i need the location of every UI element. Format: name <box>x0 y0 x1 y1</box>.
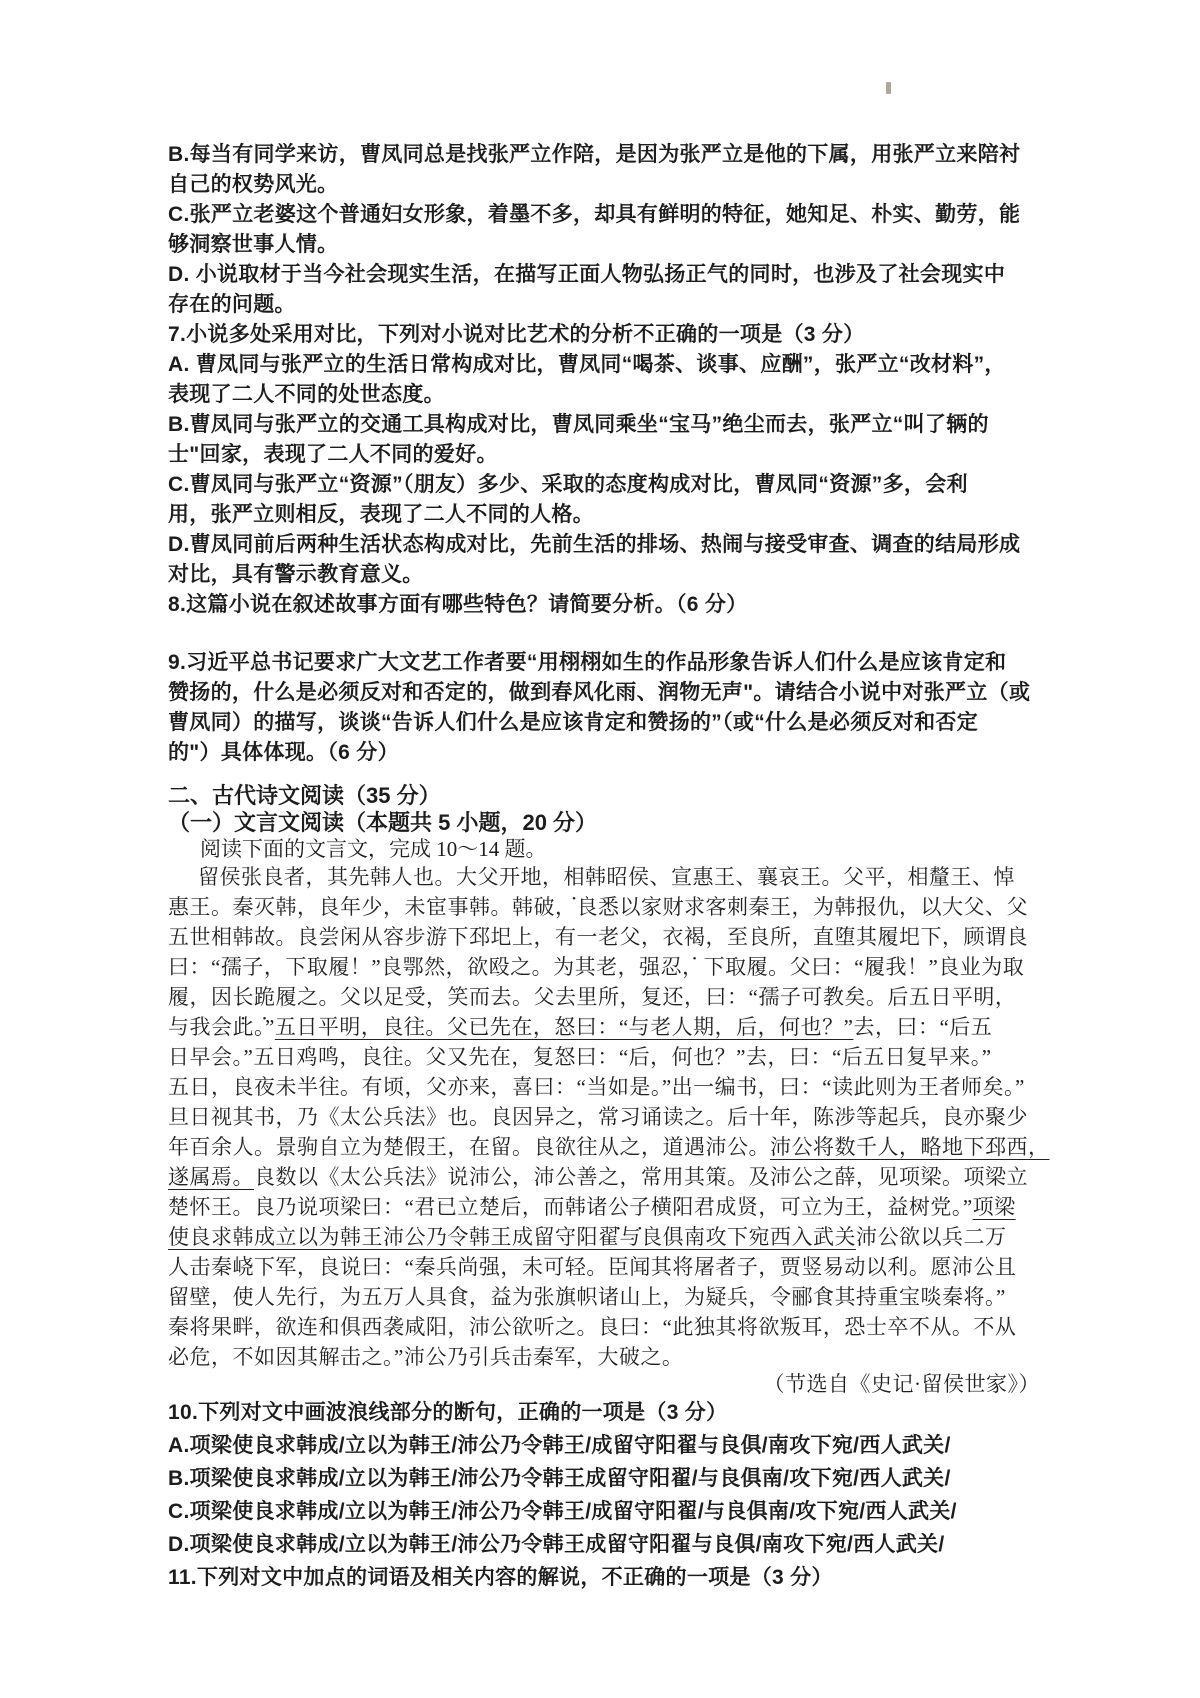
modern-questions-block: B.每当有同学来访，曹凤同总是找张严立作陪，是因为张严立是他的下属，用张严立来陪… <box>168 140 1040 768</box>
option-line: B.曹凤同与张严立的交通工具构成对比，曹凤同乘坐“宝马”绝尘而去，张严立“叫了辆… <box>168 410 1040 440</box>
option-line: 用，张严立则相反，表现了二人不同的人格。 <box>168 500 1040 530</box>
question-10-line: 10.下列对文中画波浪线部分的断句，正确的一项是（3 分） <box>168 1396 1040 1429</box>
section-heading: 二、古代诗文阅读（35 分） <box>168 782 1040 809</box>
scan-smudge-artifact <box>886 82 891 94</box>
passage-line: 与我会此。”五日平明，良往。父已先在，怒曰：“与老人期，后，何也？”去，曰：“后… <box>168 1012 1040 1042</box>
question-11-line: 11.下列对文中加点的词语及相关内容的解说，不正确的一项是（3 分） <box>168 1561 1040 1594</box>
option-b-line: B.项梁使良求韩成/立以为韩王/沛公乃令韩王成留守阳翟/与良俱南/攻下宛/西人武… <box>168 1462 1040 1495</box>
option-line: C.曹凤同与张严立“资源”（朋友）多少、采取的态度构成对比，曹凤同“资源”多，会… <box>168 470 1040 500</box>
option-d-line: D.项梁使良求韩成/立以为韩王/沛公乃令韩王成留守阳翟与良俱/南攻下宛/西人武关… <box>168 1528 1040 1561</box>
question-9-line: 曹凤同）的描写，谈谈“告诉人们什么是应该肯定和赞扬的”（或“什么是必须反对和否定 <box>168 708 1040 738</box>
option-line: 自己的权势风光。 <box>168 170 1040 200</box>
passage: 留侯张良者，其先韩人也。大父开地，相韩昭侯、宣惠王、襄哀王。父平，相釐王、悼惠王… <box>168 862 1040 1372</box>
option-a-line: A.项梁使良求韩成/立以为韩王/沛公乃令韩王/成留守阳翟与良俱/南攻下宛/西人武… <box>168 1429 1040 1462</box>
question-9-line: 9.习近平总书记要求广大文艺工作者要“用栩栩如生的作品形象告诉人们什么是应该肯定… <box>168 648 1040 678</box>
passage-line: 人击秦峣下军，良说曰：“秦兵尚强，未可轻。臣闻其将屠者子，贾竖易动以利。愿沛公且 <box>168 1252 1040 1282</box>
section-gap <box>168 768 1040 782</box>
passage-line: 留侯张良者，其先韩人也。大父开地，相韩昭侯、宣惠王、襄哀王。父平，相釐王、悼 <box>168 862 1040 892</box>
passage-line: 使良求韩成立以为韩王沛公乃令韩王成留守阳翟与良俱南攻下宛西入武关沛公欲以兵二万 <box>168 1222 1040 1252</box>
passage-line: 五日，良夜未半往。有顷，父亦来，喜曰：“当如是。”出一编书，曰：“读此则为王者师… <box>168 1072 1040 1102</box>
passage-line: 惠王。秦灭韩，良年少，未宦事韩。韩破，良悉以家财求客刺秦王，为韩报仇，以大父、父 <box>168 892 1040 922</box>
option-line: B.每当有同学来访，曹凤同总是找张严立作陪，是因为张严立是他的下属，用张严立来陪… <box>168 140 1040 170</box>
passage-line: 年百余人。景驹自立为楚假王，在留。良欲往从之，道遇沛公。沛公将数千人，略地下邳西… <box>168 1132 1040 1162</box>
passage-source: （节选自《史记·留侯世家》） <box>168 1372 1040 1396</box>
question-9-line: 赞扬的，什么是必须反对和否定的，做到春风化雨、润物无声"。请结合小说中对张严立（… <box>168 678 1040 708</box>
option-line: D. 小说取材于当今社会现实生活，在描写正面人物弘扬正气的同时，也涉及了社会现实… <box>168 260 1040 290</box>
exam-content: B.每当有同学来访，曹凤同总是找张严立作陪，是因为张严立是他的下属，用张严立来陪… <box>168 140 1040 1594</box>
blank-line <box>168 620 1040 648</box>
passage-line: 旦日视其书，乃《太公兵法》也。良因异之，常习诵读之。后十年，陈涉等起兵，良亦聚少 <box>168 1102 1040 1132</box>
option-line: D.曹凤同前后两种生活状态构成对比，先前生活的排场、热闹与接受审查、调查的结局形… <box>168 530 1040 560</box>
option-line: 士"回家，表现了二人不同的爱好。 <box>168 440 1040 470</box>
passage-line: 遂属焉。良数以《太公兵法》说沛公，沛公善之，常用其策。及沛公之薛，见项梁。项梁立 <box>168 1162 1040 1192</box>
passage-line: 必危，不如因其解击之。”沛公乃引兵击秦军，大破之。 <box>168 1342 1040 1372</box>
passage-line: 曰：“孺子，下取履！”良鄂然，欲殴之。为其老，强忍，下取履。父曰：“履我！”良业… <box>168 952 1040 982</box>
option-line: 对比，具有警示教育意义。 <box>168 560 1040 590</box>
passage-line: 五世相韩故。良尝闲从容步游下邳圯上，有一老父，衣褐，至良所，直堕其履圯下，顾谓良 <box>168 922 1040 952</box>
question-8-line: 8.这篇小说在叙述故事方面有哪些特色？请简要分析。（6 分） <box>168 590 1040 620</box>
passage-line: 留壁，使人先行，为五万人具食，益为张旗帜诸山上，为疑兵，令郦食其持重宝啖秦将。” <box>168 1282 1040 1312</box>
section-subheading: （一）文言文阅读（本题共 5 小题，20 分） <box>168 809 1040 836</box>
option-line: 表现了二人不同的处世态度。 <box>168 380 1040 410</box>
exam-page: B.每当有同学来访，曹凤同总是找张严立作陪，是因为张严立是他的下属，用张严立来陪… <box>0 0 1200 1698</box>
passage-line: 日早会。”五日鸡鸣，良往。父又先在，复怒曰：“后，何也？”去，曰：“后五日复早来… <box>168 1042 1040 1072</box>
passage-instruction: 阅读下面的文言文，完成 10～14 题。 <box>168 836 1040 862</box>
option-line: 够洞察世事人情。 <box>168 230 1040 260</box>
question-9-line: 的"）具体体现。（6 分） <box>168 738 1040 768</box>
option-line: A. 曹凤同与张严立的生活日常构成对比，曹凤同“喝茶、谈事、应酬”，张严立“改材… <box>168 350 1040 380</box>
option-c-line: C.项梁使良求韩成/立以为韩王/沛公乃令韩王/成留守阳翟/与良俱南/攻下宛/西人… <box>168 1495 1040 1528</box>
passage-line: 楚怀王。良乃说项梁曰：“君已立楚后，而韩诸公子横阳君成贤，可立为王，益树党。”项… <box>168 1192 1040 1222</box>
passage-line: 秦将果畔，欲连和俱西袭咸阳，沛公欲听之。良曰：“此独其将欲叛耳，恐士卒不从。不从 <box>168 1312 1040 1342</box>
question-7-line: 7.小说多处采用对比，下列对小说对比艺术的分析不正确的一项是（3 分） <box>168 320 1040 350</box>
passage-line: 履，因长跪履之。父以足受，笑而去。父去里所，复还，曰：“孺子可教矣。后五日平明， <box>168 982 1040 1012</box>
option-line: 存在的问题。 <box>168 290 1040 320</box>
question-10-11-block: 10.下列对文中画波浪线部分的断句，正确的一项是（3 分） A.项梁使良求韩成/… <box>168 1396 1040 1594</box>
option-line: C.张严立老婆这个普通妇女形象，着墨不多，却具有鲜明的特征，她知足、朴实、勤劳，… <box>168 200 1040 230</box>
